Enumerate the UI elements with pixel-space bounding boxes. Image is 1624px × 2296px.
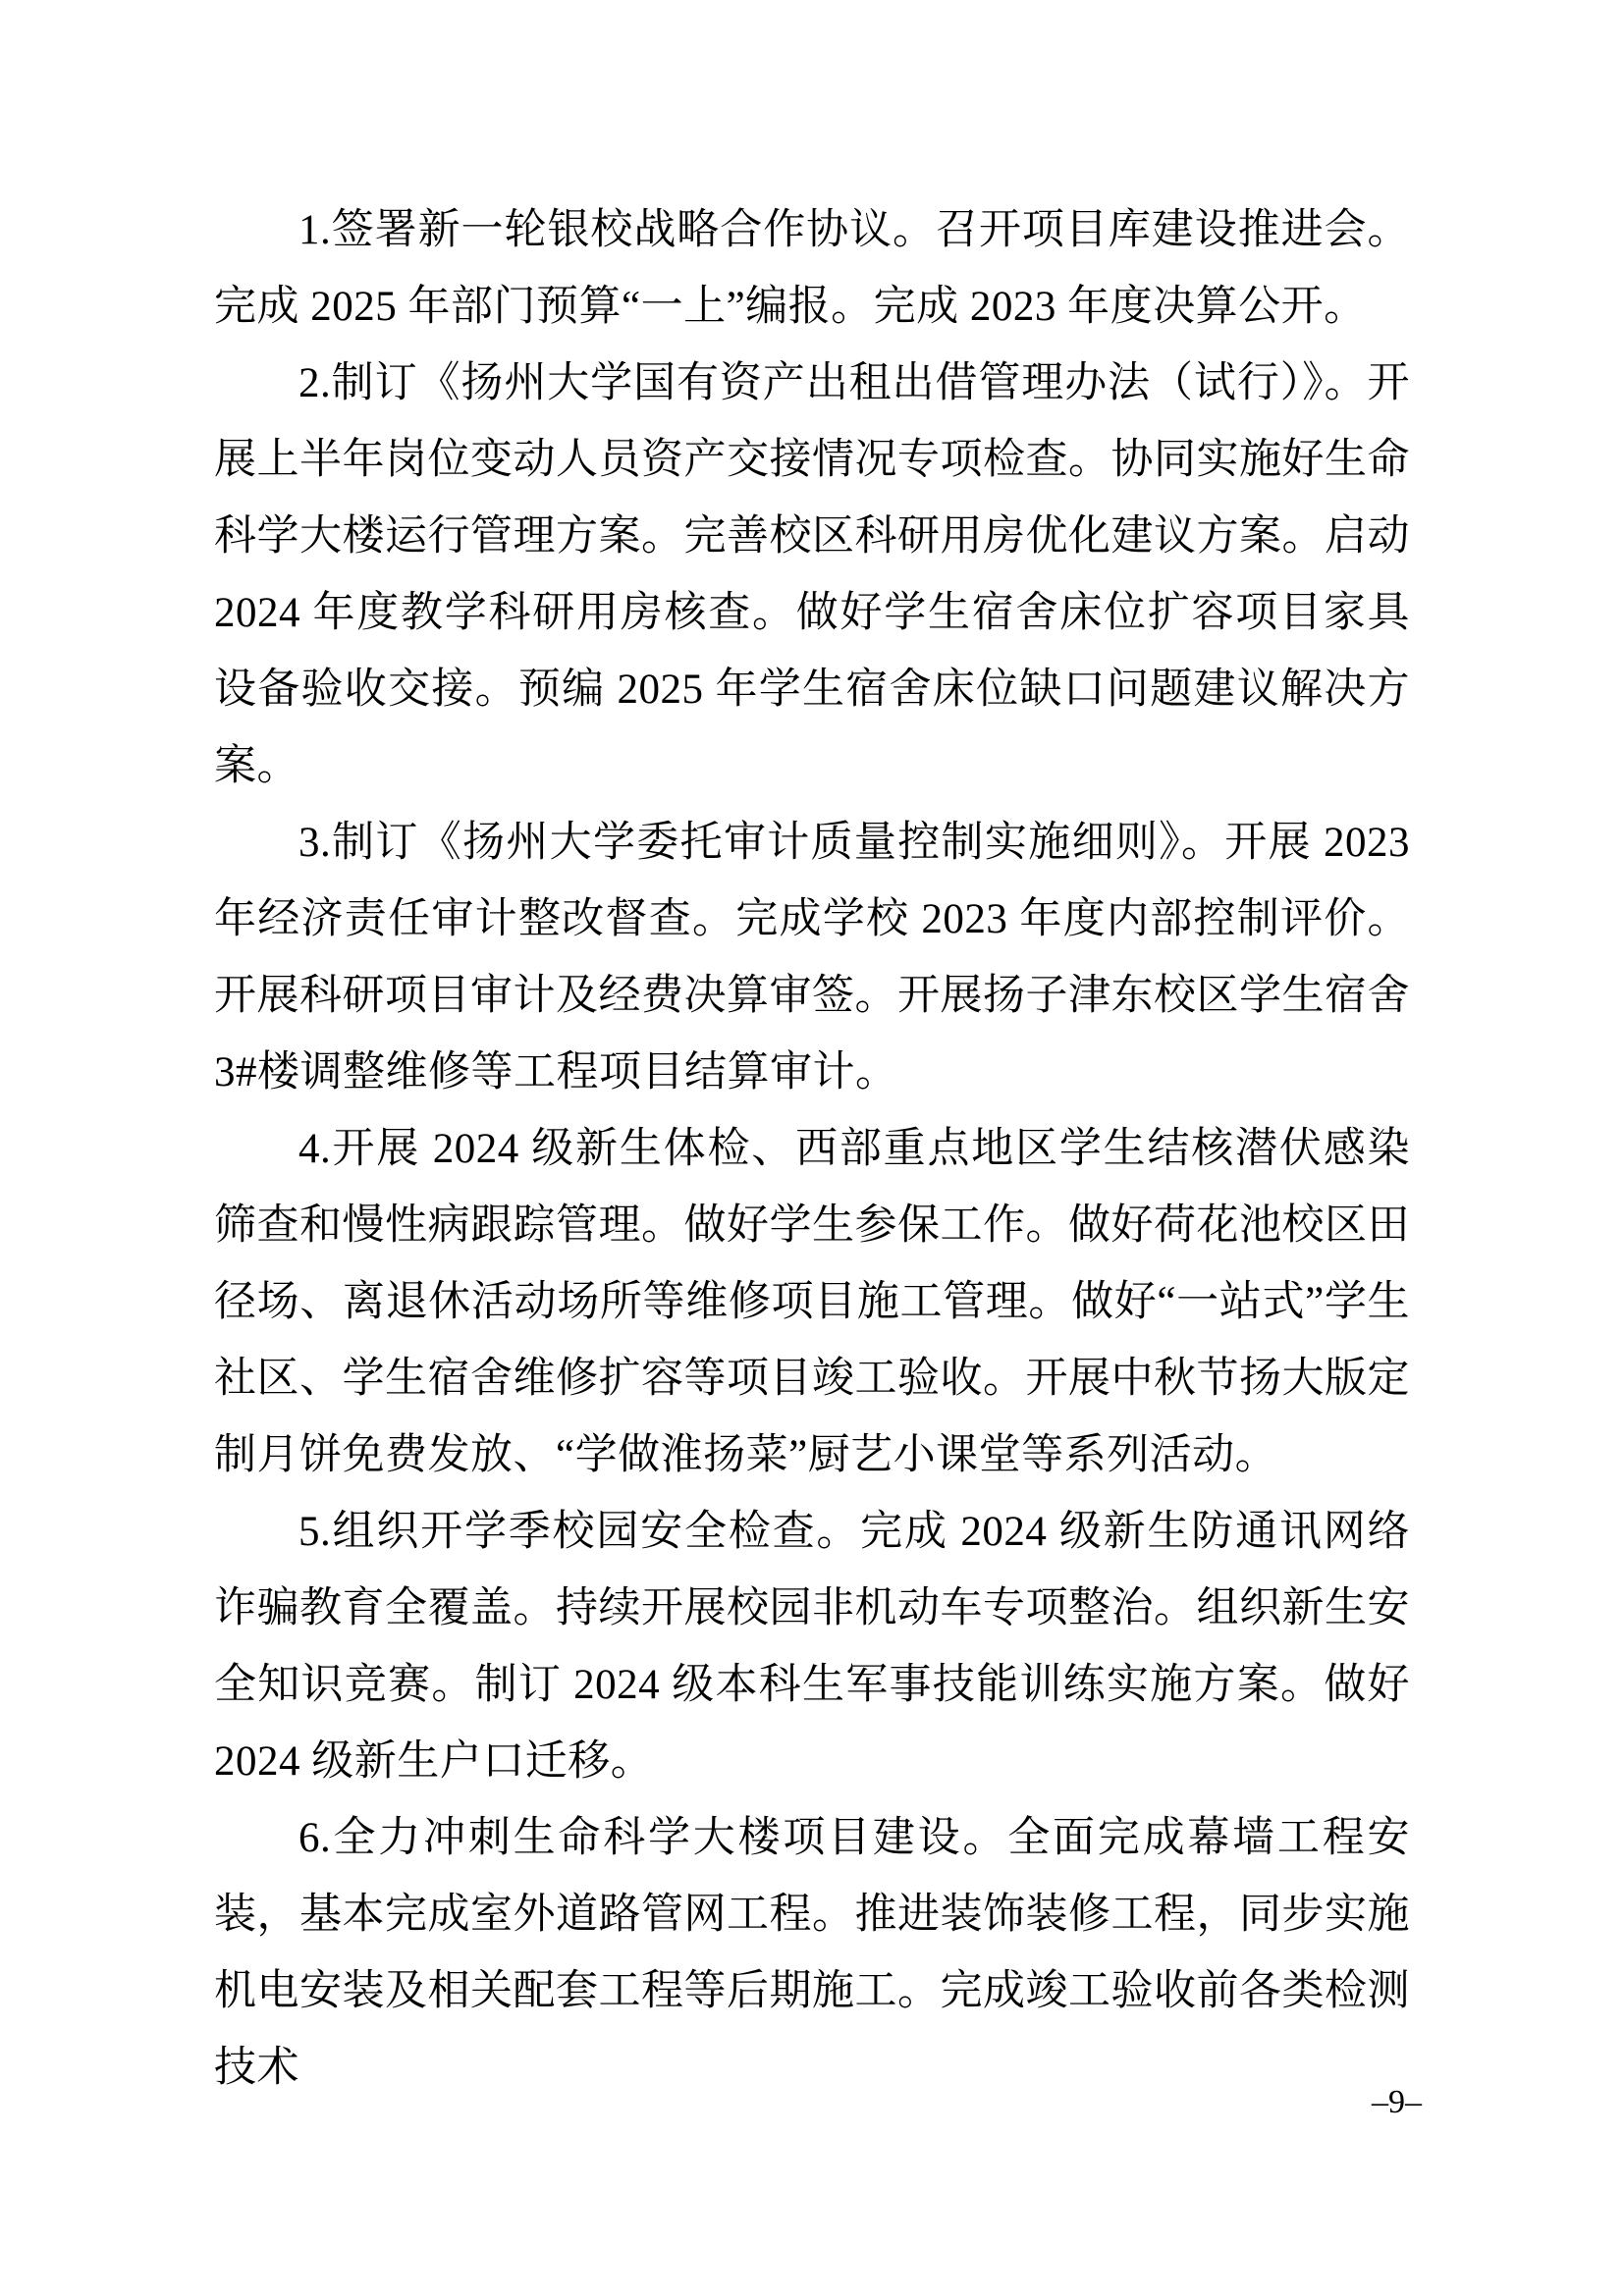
- document-body: 1.签署新一轮银校战略合作协议。召开项目库建设推进会。完成 2025 年部门预算…: [214, 192, 1410, 2107]
- paragraph-2: 2.制订《扬州大学国有资产出租出借管理办法（试行）》。开展上半年岗位变动人员资产…: [214, 346, 1410, 805]
- paragraph-3: 3.制订《扬州大学委托审计质量控制实施细则》。开展 2023 年经济责任审计整改…: [214, 805, 1410, 1111]
- paragraph-6: 6.全力冲刺生命科学大楼项目建设。全面完成幕墙工程安装，基本完成室外道路管网工程…: [214, 1800, 1410, 2107]
- document-page: 1.签署新一轮银校战略合作协议。召开项目库建设推进会。完成 2025 年部门预算…: [0, 0, 1624, 2296]
- paragraph-4: 4.开展 2024 级新生体检、西部重点地区学生结核潜伏感染筛查和慢性病跟踪管理…: [214, 1111, 1410, 1494]
- page-number: –9–: [1372, 2083, 1422, 2122]
- paragraph-5: 5.组织开学季校园安全检查。完成 2024 级新生防通讯网络诈骗教育全覆盖。持续…: [214, 1494, 1410, 1800]
- paragraph-1: 1.签署新一轮银校战略合作协议。召开项目库建设推进会。完成 2025 年部门预算…: [214, 192, 1410, 346]
